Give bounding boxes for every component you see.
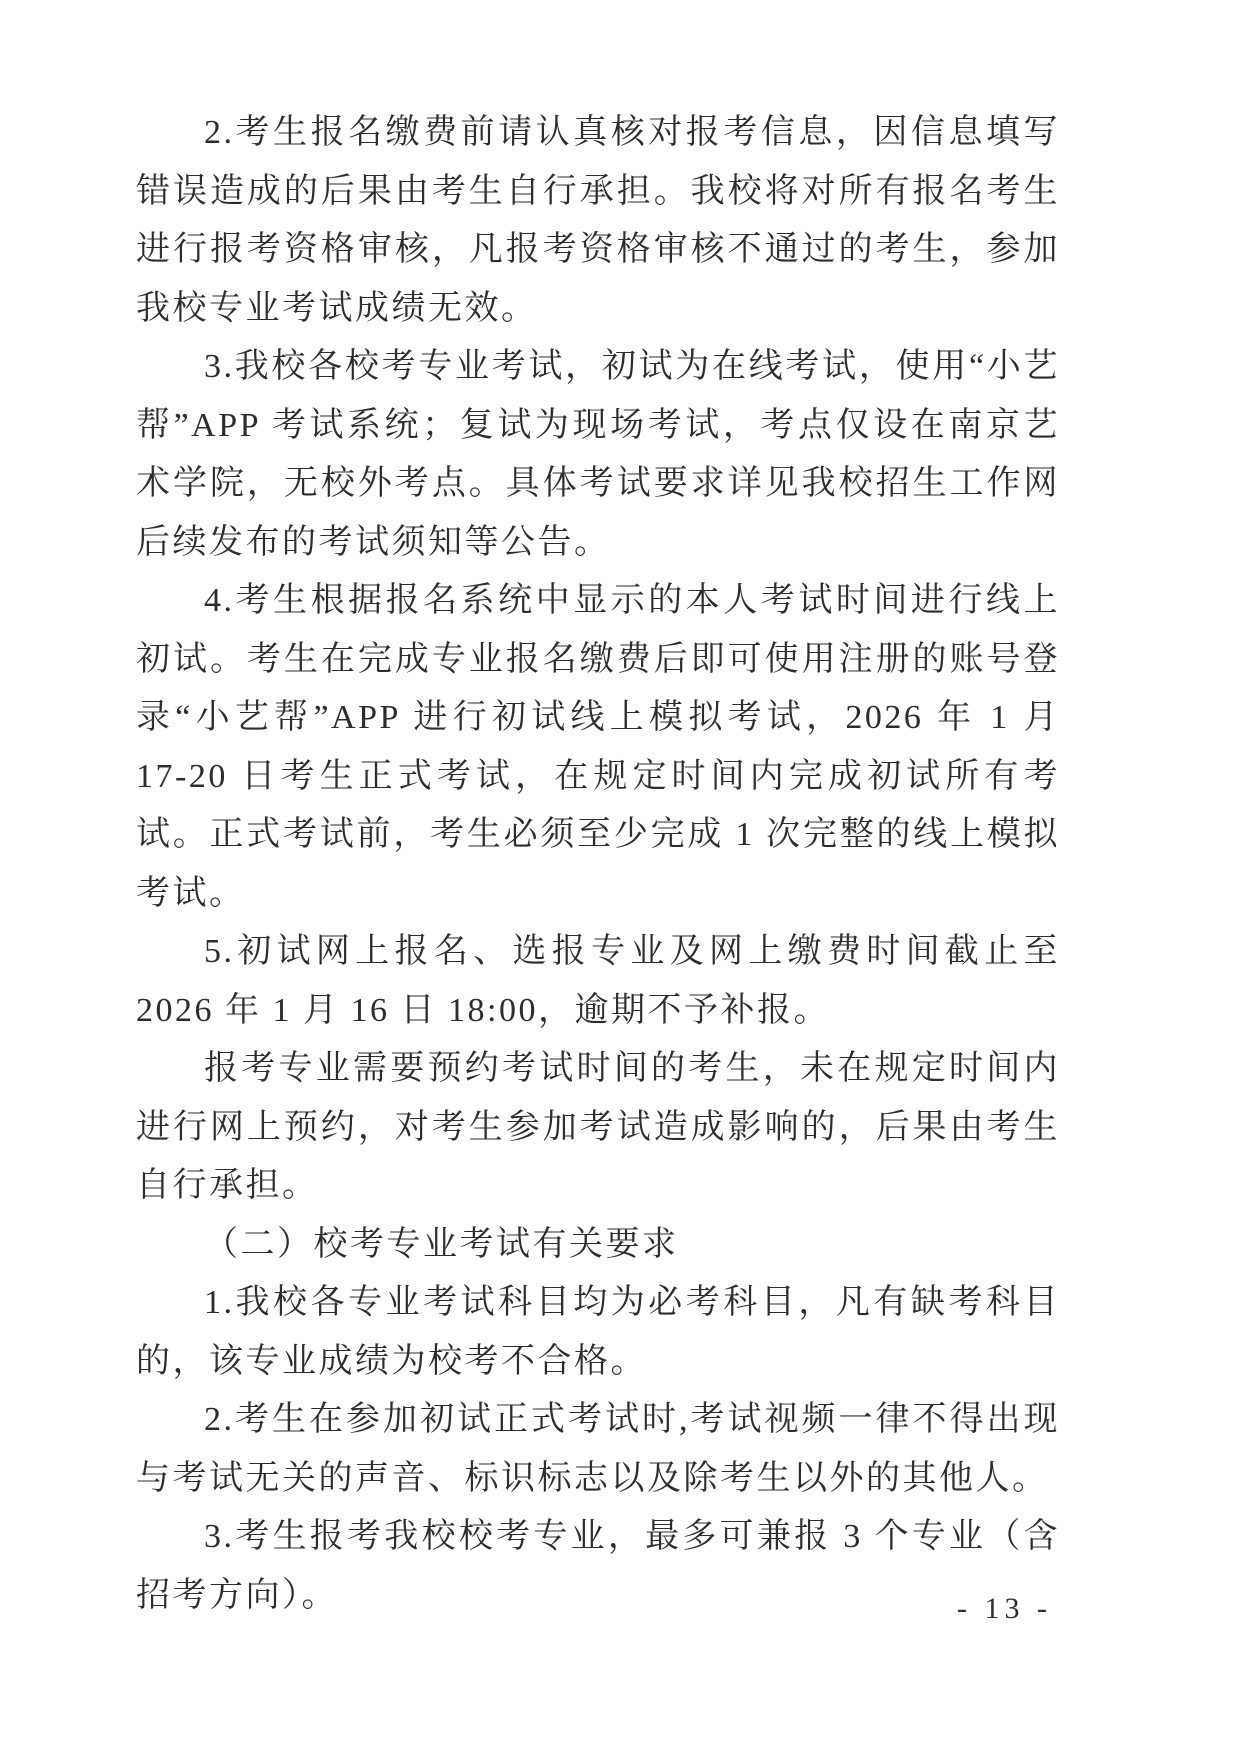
paragraph-req-2: 2.考生在参加初试正式考试时,考试视频一律不得出现与考试无关的声音、标识标志以及… [136,1391,1060,1508]
body-text: 2.考生报名缴费前请认真核对报考信息，因信息填写错误造成的后果由考生自行承担。我… [136,104,1060,1625]
section-heading: （二）校考专业考试有关要求 [136,1216,1060,1275]
paragraph-item-4: 4.考生根据报名系统中显示的本人考试时间进行线上初试。考生在完成专业报名缴费后即… [136,572,1060,923]
paragraph-req-1: 1.我校各专业考试科目均为必考科目，凡有缺考科目的，该专业成绩为校考不合格。 [136,1274,1060,1391]
paragraph-item-3: 3.我校各校考专业考试，初试为在线考试，使用“小艺帮”APP 考试系统；复试为现… [136,338,1060,572]
page-number: - 13 - [957,1592,1052,1626]
paragraph-reservation-note: 报考专业需要预约考试时间的考生，未在规定时间内进行网上预约，对考生参加考试造成影… [136,1040,1060,1216]
paragraph-item-5: 5.初试网上报名、选报专业及网上缴费时间截止至 2026 年 1 月 16 日 … [136,923,1060,1040]
document-page: 2.考生报名缴费前请认真核对报考信息，因信息填写错误造成的后果由考生自行承担。我… [0,0,1240,1754]
paragraph-item-2: 2.考生报名缴费前请认真核对报考信息，因信息填写错误造成的后果由考生自行承担。我… [136,104,1060,338]
paragraph-req-3: 3.考生报考我校校考专业，最多可兼报 3 个专业（含招考方向）。 [136,1508,1060,1625]
